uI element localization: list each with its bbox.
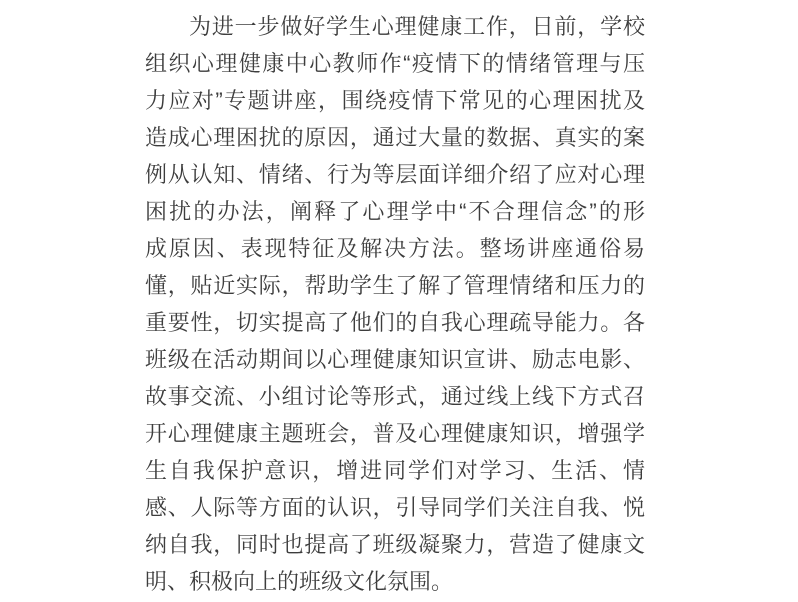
text-line: 故事交流、小组讨论等形式，通过线上线下方式召 bbox=[145, 378, 645, 415]
text-line: 造成心理困扰的原因，通过大量的数据、真实的案 bbox=[145, 119, 645, 156]
text-line: 感、人际等方面的认识，引导同学们关注自我、悦 bbox=[145, 489, 645, 526]
text-line: 为进一步做好学生心理健康工作，日前，学校 bbox=[145, 8, 645, 45]
text-line: 开心理健康主题班会，普及心理健康知识，增强学 bbox=[145, 415, 645, 452]
text-line: 成原因、表现特征及解决方法。整场讲座通俗易 bbox=[145, 230, 645, 267]
text-line: 纳自我，同时也提高了班级凝聚力，营造了健康文 bbox=[145, 526, 645, 563]
text-line: 力应对”专题讲座，围绕疫情下常见的心理困扰及 bbox=[145, 82, 645, 119]
text-line: 组织心理健康中心教师作“疫情下的情绪管理与压 bbox=[145, 45, 645, 82]
text-line: 重要性，切实提高了他们的自我心理疏导能力。各 bbox=[145, 304, 645, 341]
text-line: 班级在活动期间以心理健康知识宣讲、励志电影、 bbox=[145, 341, 645, 378]
text-line: 懂，贴近实际，帮助学生了解了管理情绪和压力的 bbox=[145, 267, 645, 304]
article-body: 为进一步做好学生心理健康工作，日前，学校组织心理健康中心教师作“疫情下的情绪管理… bbox=[145, 8, 645, 600]
text-line: 生自我保护意识，增进同学们对学习、生活、情 bbox=[145, 452, 645, 489]
text-line: 明、积极向上的班级文化氛围。 bbox=[145, 563, 645, 600]
text-line: 例从认知、情绪、行为等层面详细介绍了应对心理 bbox=[145, 156, 645, 193]
text-line: 困扰的办法，阐释了心理学中“不合理信念”的形 bbox=[145, 193, 645, 230]
